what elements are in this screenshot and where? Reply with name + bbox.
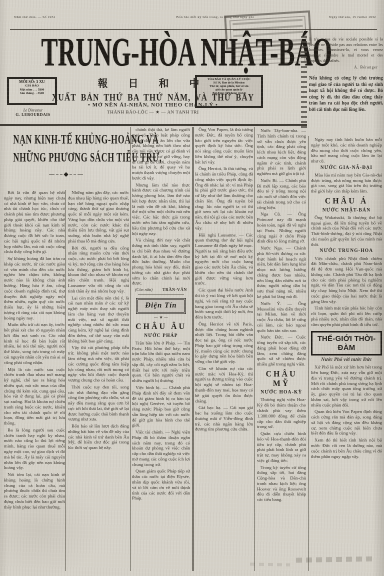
- scan-smudge: [250, 563, 290, 567]
- body-paragraph: Việc chánh phủ Nhật đánh chiếm đất Mãn-c…: [311, 256, 382, 304]
- body-paragraph: Trận bão lớn ở Pháp. — Tin Paris: Hồi hô…: [132, 340, 190, 383]
- body-paragraph: Ông Herriot, là thủ tướng, và là chánh á…: [195, 166, 253, 231]
- body-paragraph: Quan giám quốc Pháp tiếp sứ thần các nướ…: [132, 469, 190, 501]
- body-paragraph: Thương nghị viện Hoa-Kỳ đã bỏ thăm thuận…: [257, 397, 306, 429]
- column-2: Những năm gần đây, các nước đua nhau lập…: [68, 190, 129, 571]
- body-paragraph: Vậy thì cái phương pháp tiễu trừ, không …: [68, 345, 129, 383]
- body-paragraph: chánh thật thà, kẻ làm người mọi có. The…: [132, 127, 190, 181]
- section-asia: CHÂU Á: [311, 197, 382, 206]
- body-paragraph: Nước Tây-ban-nha. — Tình hình chánh trị …: [257, 128, 306, 176]
- subsection-usa: NƯỚC HOA-KỲ: [257, 390, 306, 396]
- column-6: Ngày nay tình hình buôn bán mỗi ngày một…: [311, 137, 382, 571]
- body-paragraph: Còn về khoản nợ của các nước mắc với Hoa…: [195, 366, 253, 404]
- body-paragraph: Những năm gần đây, các nước đua nhau lập…: [68, 190, 129, 244]
- headline-line-2: NHỮNG PHƯƠNG SÁCH TIỄU TRỪ,: [13, 147, 120, 170]
- price-box-lines: MỖI SỐ: 3 XUGIÁ BÁOMột năm . . . 5$00Sáu…: [9, 79, 55, 96]
- main-headline: NẠN KINH-TẾ KHỦNG-HOẢNG VÀ NHỮNG PHƯƠNG …: [3, 132, 130, 178]
- subsection-japan: NƯỚC NHẬT-BẢN: [311, 208, 382, 214]
- body-paragraph: Xứ Phổ là một xứ lớn hơn hết trong liên …: [311, 365, 382, 408]
- world-affairs-subheading: Nước Phổ với nước Đức: [311, 357, 382, 363]
- body-paragraph: Các quan đại biểu nước Anh thì tỏ ý vui …: [195, 288, 253, 320]
- subsection-china: NƯỚC TRUNG-HOA: [311, 249, 382, 255]
- body-paragraph: Việc tài chánh. — Nghị viện Pháp đã bỏ t…: [132, 430, 190, 468]
- paper-title: TRUNG-HÒA NHẬT-BÁO: [41, 28, 264, 80]
- body-paragraph: Hội nghị Lausanne. — Các quan thượng thơ…: [195, 232, 253, 286]
- column-3: chánh thật thà, kẻ làm người mọi có. The…: [132, 127, 190, 571]
- body-paragraph: Bởi đó, người ta đều công nhận rằng muốn…: [68, 245, 129, 293]
- column-rule: [308, 136, 309, 571]
- director-block: Le Directeur G. LEBOURDAIS: [2, 108, 64, 124]
- column-5: Nước Tây-ban-nha. — Tình hình chánh trị …: [257, 128, 306, 571]
- world-affairs-section-box: THẾ-GIỚI THỜI-ĐÀM: [311, 331, 382, 355]
- column-rule: [130, 127, 131, 571]
- section-europe: CHÂU ÂU: [132, 323, 190, 332]
- dateline: Năm thứ chín. — Số 1931 Bổn báo mỗi kỳ b…: [0, 15, 384, 28]
- office-info-lines: TÒA BÁO VÀ QUẢN-LÝ CUỘCSố 14, Rue de la …: [197, 77, 261, 97]
- body-paragraph: Xem đó thì biết tình hình nội bộ nước Đứ…: [311, 438, 382, 460]
- column-1: Bởi là vấn đề quan hệ nhất ngày nay, như…: [4, 190, 65, 571]
- body-paragraph: Một là các nước sau cuộc chiến tranh đua…: [4, 367, 65, 426]
- epigraph-vietnamese: Nếu không có công lý chủ trương mọi giao…: [309, 76, 383, 114]
- body-paragraph: Lại còn một điều nên chú ý, là cái nạn n…: [68, 295, 129, 343]
- body-paragraph: Nước Bỉ. — Chánh phủ Bỉ mới lập xong, cá…: [257, 178, 306, 210]
- body-paragraph: Ngày nay tình hình buôn bán mỗi ngày một…: [311, 137, 382, 164]
- body-paragraph: Thời cuộc tuy đen tối, song các nhà đươn…: [68, 384, 129, 422]
- body-paragraph: Nước Nga. — Chánh phủ Sô-viết đương ra s…: [257, 246, 306, 300]
- body-paragraph: Giá bạc hạ. — Cái nạn giá bạc hạ xuống l…: [195, 405, 253, 432]
- body-paragraph: Sự khủng hoảng đã lan tràn ra khắp các n…: [4, 256, 65, 321]
- author-name: TRẦN-VĂN: [162, 288, 187, 293]
- body-paragraph: Nước Đức. — Cuộc tổng tuyển cử sắp tới, …: [257, 335, 306, 367]
- epigraph-signature: A. Béranger: [309, 65, 378, 70]
- telegrams-section-box: Điện Tín: [136, 298, 186, 314]
- body-paragraph: Bổn báo sẽ lần lượt dịch đăng những bài …: [68, 424, 129, 451]
- body-paragraph: Bài đăng rồi không trả lại: [198, 92, 260, 96]
- director-name: G. LEBOURDAIS: [2, 113, 64, 118]
- body-paragraph: Nói tóm lại, cái nạn kinh tế khủng hoảng…: [4, 472, 65, 510]
- thin-rule: [138, 295, 184, 296]
- body-paragraph: Nhưng làm thế nào thực hành được cái chư…: [132, 182, 190, 236]
- body-paragraph: Việc binh bị. — Chánh phủ Pháp định tới …: [132, 385, 190, 428]
- body-paragraph: Trong kỳ tuyển cử tổng thống sắp tới, ha…: [257, 465, 306, 503]
- epigraph-french: Il n'y a pas de vie sociale possible si …: [309, 37, 383, 64]
- column-rule: [65, 190, 66, 571]
- body-paragraph: Bởi là vấn đề quan hệ nhất ngày nay, như…: [4, 190, 65, 255]
- price-box: MỖI SỐ: 3 XUGIÁ BÁOMột năm . . . 5$00Sáu…: [7, 77, 57, 105]
- masthead-rule: [0, 124, 307, 126]
- epigraph-block: Il n'y a pas de vie sociale possible si …: [309, 37, 383, 134]
- column-rule: [254, 127, 255, 571]
- column-rule-fold: [192, 127, 194, 571]
- body-paragraph: Vả chăng đời nay vật chất thắng mà tinh …: [132, 238, 190, 286]
- body-paragraph: Nước Ý. — Ông Mussolini vừa diễn thuyết …: [257, 301, 306, 333]
- body-paragraph: Muốn tiễu trừ cái nạn ấy, trước hết phải…: [4, 322, 65, 365]
- body-paragraph: Ông Herriot về tới Paris, được dân chúng…: [195, 321, 253, 364]
- newspaper-page: Năm thứ chín. — Số 1931 Bổn báo mỗi kỳ b…: [0, 0, 384, 576]
- body-paragraph: Ông Von Papen, là thủ tướng nước Đức, đã…: [195, 127, 253, 165]
- telegrams-ornament: — ★ —: [132, 315, 190, 320]
- body-paragraph: Mùa lúa mì năm nay bên Gia-nã-đại được t…: [311, 172, 382, 194]
- dateline-date: Ngày thứ sáu, 15 Juillet 1932: [329, 15, 376, 19]
- office-info-box: TÒA BÁO VÀ QUẢN-LÝ CUỘCSố 14, Rue de la …: [195, 75, 263, 108]
- section-america: CHÂU MỸ: [257, 370, 306, 389]
- column-4: Ông Von Papen, là thủ tướng nước Đức, đã…: [195, 127, 253, 571]
- body-paragraph: Quan thủ hiến Von Papen định dùng cách c…: [311, 409, 382, 436]
- to-be-continued: (Còn nữa): [135, 288, 153, 293]
- body-paragraph: Sáu tháng . . 3$00: [10, 91, 54, 95]
- body-paragraph: Ông Wakatsuki, là thượng thơ bộ ngoại gi…: [311, 215, 382, 247]
- article-signature: (Còn nữa) TRẦN-VĂN: [135, 288, 187, 293]
- headline-ornament: —––◆––—: [3, 171, 130, 178]
- body-paragraph: Ba là lòng người sau cuộc chiến tranh ha…: [4, 427, 65, 470]
- body-paragraph: Nga Cũ. — Ông Poincaré nay đã mạnh hoàn …: [257, 212, 306, 244]
- chain-ornament: [301, 36, 307, 128]
- subsection-canada: NƯỚC GIA-NÃ-ĐẠI: [311, 165, 382, 171]
- body-paragraph: Tình hình mặt trận phía bắc hãy còn rối …: [311, 306, 382, 328]
- dateline-issue: Năm thứ chín. — Số 1931: [14, 15, 56, 19]
- subsection-france: NƯỚC PHÁP: [132, 333, 190, 339]
- body-paragraph: Quân cựu chiến binh kéo về Hoa-thạnh-đốn…: [257, 431, 306, 463]
